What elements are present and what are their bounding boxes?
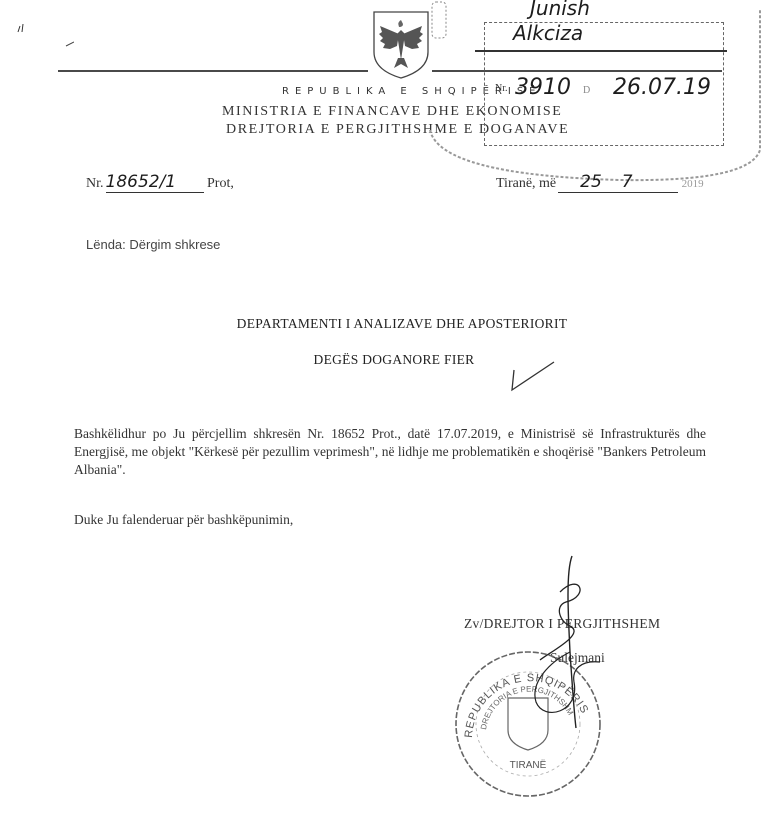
- protocol-label: Prot,: [207, 176, 234, 191]
- checkmark-icon: [508, 360, 558, 394]
- date-year: 2019: [682, 178, 704, 190]
- receipt-stamp-outline: [420, 0, 768, 185]
- place-label: Tiranë, më: [496, 176, 556, 191]
- date-month: 7: [622, 172, 633, 192]
- recipient-branch: DEGËS DOGANORE FIER: [0, 352, 768, 368]
- letter-body: Bashkëlidhur po Ju përcjellim shkresën N…: [74, 425, 706, 479]
- place-date: Tiranë, më257 2019: [496, 172, 704, 193]
- recipient-department: DEPARTAMENTI I ANALIZAVE DHE APOSTERIORI…: [0, 316, 768, 332]
- date-fill: 257: [558, 172, 678, 193]
- header-rule-left-extended: [58, 70, 368, 72]
- date-day: 25: [580, 172, 602, 192]
- letter-closing: Duke Ju falenderuar për bashkëpunimin,: [74, 512, 293, 528]
- protocol-nr-label: Nr.: [86, 176, 104, 191]
- subject-line: Lënda: Dërgim shkrese: [86, 237, 220, 252]
- svg-text:TIRANË: TIRANË: [510, 759, 547, 771]
- scan-marks: [14, 18, 74, 48]
- protocol-reference: Nr.18652/1 Prot,: [86, 172, 234, 193]
- protocol-nr-value: 18652/1: [106, 172, 204, 193]
- handwritten-signature: [510, 552, 620, 732]
